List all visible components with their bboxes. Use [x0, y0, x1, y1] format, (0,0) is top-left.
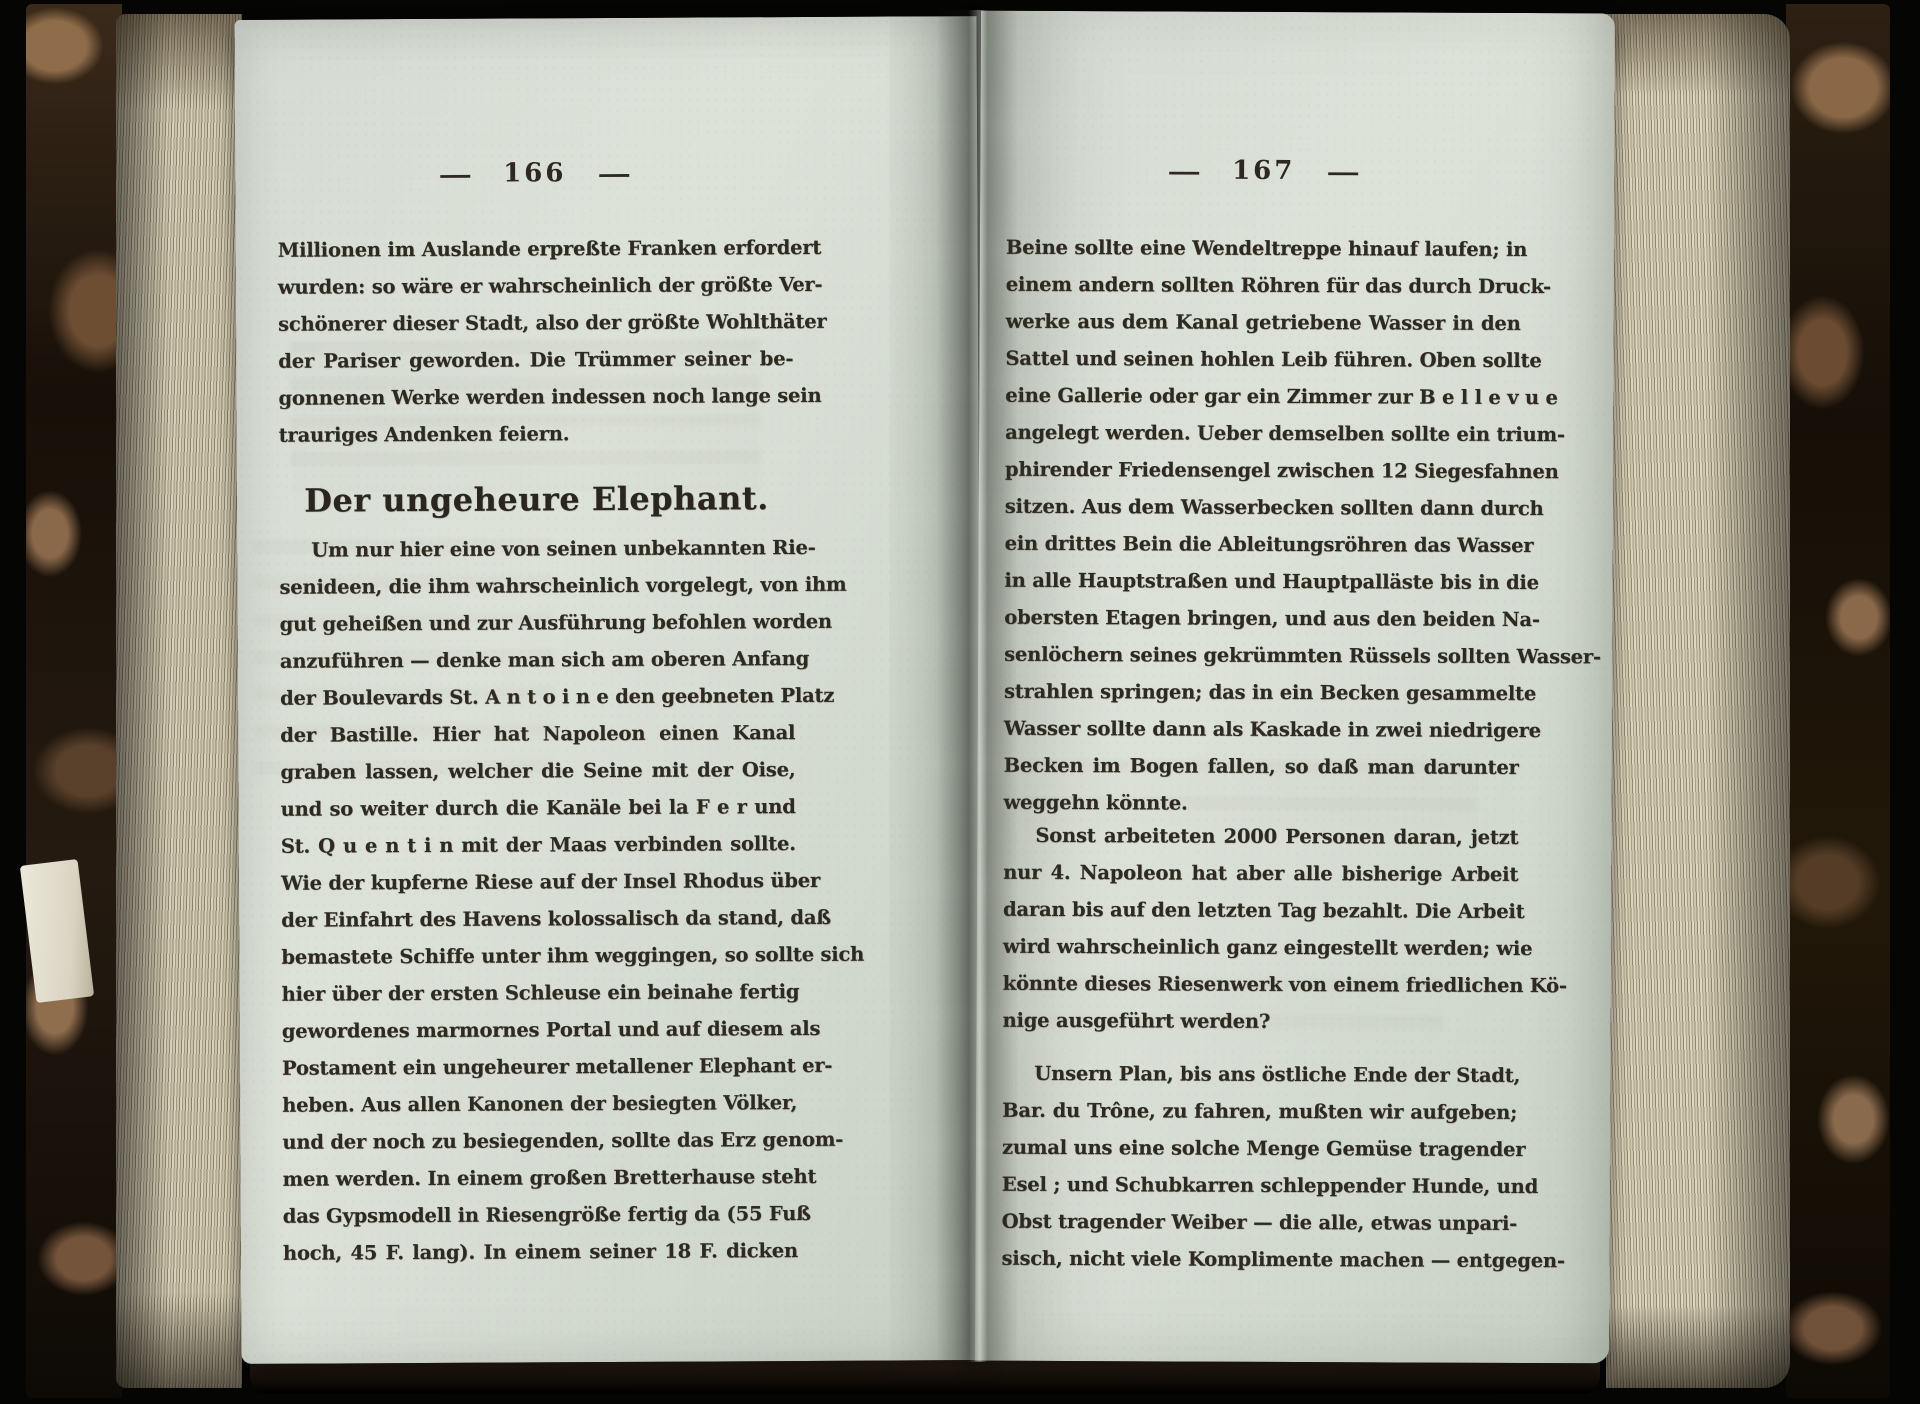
page-fore-edges-left	[116, 14, 242, 1388]
paragraph-body: Unsern Plan, bis ans östliche Ende der S…	[1001, 1055, 1517, 1279]
text-line: gewordenes marmornes Portal und auf dies…	[282, 1010, 797, 1050]
text-line: Postament ein ungeheurer metallener Elep…	[282, 1047, 797, 1087]
text-line: trauriges Andenken feiern.	[279, 414, 794, 454]
text-line: gonnenen Werke werden indessen noch lang…	[278, 377, 793, 417]
header-rule-icon: —	[1327, 157, 1361, 186]
text-line: obersten Etagen bringen, und aus den bei…	[1004, 599, 1519, 638]
text-line: Obst tragender Weiber — die alle, etwas …	[1002, 1203, 1517, 1242]
text-line: wurden: so wäre er wahrscheinlich der gr…	[278, 266, 793, 306]
text-line: und so weiter durch die Kanäle bei la F …	[281, 788, 796, 828]
page-number-right: 167	[1232, 156, 1295, 186]
text-line: zumal uns eine solche Menge Gemüse trage…	[1002, 1129, 1517, 1168]
text-line: angelegt werden. Ueber demselben sollte …	[1005, 414, 1520, 453]
text-line: wird wahrscheinlich ganz eingestellt wer…	[1003, 928, 1518, 967]
text-line: phirender Friedensengel zwischen 12 Sieg…	[1005, 451, 1520, 490]
text-line: Sonst arbeiteten 2000 Personen daran, je…	[1003, 817, 1518, 856]
marbled-cover-left	[26, 4, 122, 1398]
open-book: — 166 — Millionen im Auslande erpreßte F…	[0, 0, 1920, 1404]
text-line: nige ausgeführt werden?	[1002, 1002, 1517, 1041]
text-line: graben lassen, welcher die Seine mit der…	[280, 751, 795, 791]
running-header-left: — 166 —	[277, 157, 792, 190]
text-line: der Bastille. Hier hat Napoleon einen Ka…	[280, 714, 795, 754]
text-line: anzuführen — denke man sich am oberen An…	[280, 640, 795, 680]
book-photo-stage: — 166 — Millionen im Auslande erpreßte F…	[0, 0, 1920, 1404]
text-line: der Einfahrt des Havens kolossalisch da …	[281, 899, 796, 939]
text-line: Sattel und seinen hohlen Leib führen. Ob…	[1005, 340, 1520, 379]
paragraph-body: Sonst arbeiteten 2000 Personen daran, je…	[1002, 817, 1518, 1041]
text-line: hier über der ersten Schleuse ein beinah…	[281, 973, 796, 1013]
text-line: das Gypsmodell in Riesengröße fertig da …	[283, 1195, 798, 1235]
header-rule-icon: —	[598, 158, 632, 187]
text-line: senideen, die ihm wahrscheinlich vorgele…	[279, 566, 794, 606]
marbled-cover-right	[1786, 4, 1890, 1398]
text-line: Unsern Plan, bis ans östliche Ende der S…	[1002, 1055, 1517, 1094]
page-number-left: 166	[503, 158, 566, 188]
text-line: Bar. du Trône, zu fahren, mußten wir auf…	[1002, 1092, 1517, 1131]
text-line: der Boulevards St. A n t o i n e den gee…	[280, 677, 795, 717]
running-header-right: — 167 —	[1006, 155, 1521, 187]
text-line: Esel ; und Schubkarren schleppender Hund…	[1002, 1166, 1517, 1205]
text-line: hoch, 45 F. lang). In einem seiner 18 F.…	[283, 1232, 798, 1272]
text-line: schönerer dieser Stadt, also der größte …	[278, 303, 793, 343]
text-line: senlöchern seines gekrümmten Rüssels sol…	[1004, 636, 1519, 675]
text-line: ein drittes Bein die Ableitungsröhren da…	[1005, 525, 1520, 564]
header-rule-icon: —	[438, 159, 472, 188]
book-page-167: — 167 — Beine sollte eine Wendeltreppe h…	[975, 11, 1615, 1364]
paragraph-continuation: Millionen im Auslande erpreßte Franken e…	[278, 229, 794, 454]
text-line: Um nur hier eine von seinen unbekannten …	[279, 529, 794, 569]
text-line: bemastete Schiffe unter ihm weggingen, s…	[281, 936, 796, 976]
text-line: und der noch zu besiegenden, sollte das …	[282, 1121, 797, 1161]
chapter-heading: Der ungeheure Elephant.	[279, 479, 794, 520]
text-line: sisch, nicht viele Komplimente machen — …	[1001, 1240, 1516, 1279]
text-line: Wasser sollte dann als Kaskade in zwei n…	[1004, 710, 1519, 749]
text-line: der Pariser geworden. Die Trümmer seiner…	[278, 340, 793, 380]
text-line: Becken im Bogen fallen, so daß man darun…	[1004, 747, 1519, 786]
header-rule-icon: —	[1167, 156, 1201, 185]
book-page-166: — 166 — Millionen im Auslande erpreßte F…	[234, 16, 983, 1364]
text-line: eine Gallerie oder gar ein Zimmer zur B …	[1005, 377, 1520, 416]
text-line: Millionen im Auslande erpreßte Franken e…	[278, 229, 793, 269]
text-line: gut geheißen und zur Ausführung befohlen…	[280, 603, 795, 643]
text-line: einem andern sollten Röhren für das durc…	[1006, 266, 1521, 305]
page-fore-edges-right	[1606, 14, 1790, 1388]
paragraph-continuation: Beine sollte eine Wendeltreppe hinauf la…	[1003, 229, 1521, 823]
text-line: heben. Aus allen Kanonen der besiegten V…	[282, 1084, 797, 1124]
text-line: nur 4. Napoleon hat aber alle bisherige …	[1003, 854, 1518, 893]
text-line: Beine sollte eine Wendeltreppe hinauf la…	[1006, 229, 1521, 268]
text-line: könnte dieses Riesenwerk von einem fried…	[1003, 965, 1518, 1004]
text-line: Wie der kupferne Riese auf der Insel Rho…	[281, 862, 796, 902]
text-line: men werden. In einem großen Bretterhause…	[282, 1158, 797, 1198]
text-line: daran bis auf den letzten Tag bezahlt. D…	[1003, 891, 1518, 930]
text-line: werke aus dem Kanal getriebene Wasser in…	[1006, 303, 1521, 342]
text-line: sitzen. Aus dem Wasserbecken sollten dan…	[1005, 488, 1520, 527]
text-line: in alle Hauptstraßen und Hauptpalläste b…	[1004, 562, 1519, 601]
text-line: St. Q u e n t i n mit der Maas verbinden…	[281, 825, 796, 865]
text-line: strahlen springen; das in ein Becken ges…	[1004, 673, 1519, 712]
paragraph-body: Um nur hier eine von seinen unbekannten …	[279, 529, 798, 1272]
